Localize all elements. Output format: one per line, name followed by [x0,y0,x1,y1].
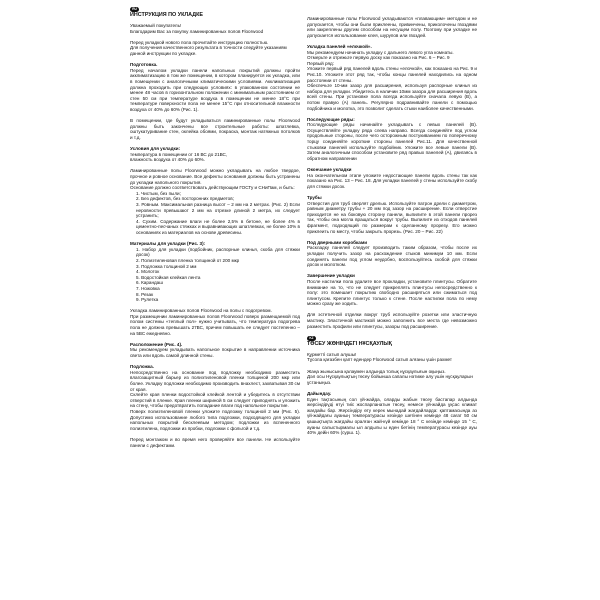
list-item: 1. Набор для укладки (подбойник, распорн… [130,247,300,258]
base-requirements-list: 1. Чистым, без пыли; 2. Без дефектов, бе… [130,191,300,236]
underlay-text-3: Поверх полиэтиленовой пленки уложите под… [130,409,300,431]
underlay-text: Непосредственно на основание под подложк… [130,370,300,392]
kz-title: ТӨСЕУ ЖӨНІНДЕГІ НҰСҚАУЛЫҚ [307,341,477,348]
thanks-text: Благодарим Вас за покупку ламинированных… [130,29,300,35]
pipes-text: Отверстия для труб сверлят дрелью. Испол… [307,201,477,235]
floating-method-text: Ламинированные полы Floorwood укладывают… [307,16,477,38]
preparation-text-2: В помещении, где будут укладываться лами… [130,118,300,140]
base-text: Ламинированные полы Floorwood можно укла… [130,168,300,185]
conditions-humidity: влажность воздуха от 40% до 60%. [130,157,300,163]
preparation-text: Перед началом укладки панели напольных п… [130,68,300,113]
kz-preparation-text: Еден тақтасының сол үй-жайда, оларды жаб… [307,397,477,436]
list-item: 4. Сухим. Содержание влаги не более 2,5%… [130,219,300,236]
russian-column: RU ИНСТРУКЦИЯ ПО УКЛАДКЕ Уважаемый покуп… [130,6,300,454]
placement-text: Мы рекомендуем укладывать напольное покр… [130,347,300,358]
list-item: 3. Ровным. Максимальная разница высот – … [130,202,300,219]
russian-continued-column: Ламинированные полы Floorwood укладывают… [307,16,477,441]
intro-text-2: Для получения качественного результата в… [130,45,300,56]
door-frames-text: Раскладку панелей следует производить та… [307,245,477,267]
page-title: ИНСТРУКЦИЯ ПО УКЛАДКЕ [130,12,300,19]
heated-floor-text-2: При размещении ламинированных полов Floo… [130,314,300,336]
kz-thanks-text: Тұсола қағазбен қапт едендер Floorwood с… [307,357,477,363]
first-row-text-2: Обеспечьте 10-мм зазор для расширения, и… [307,83,477,111]
base-text-2: Основание должно соответствовать действу… [130,185,300,191]
check-panels-text: Перед монтажом и во время него проверяйт… [130,437,300,448]
aesthetic-text: Для эстетичной отделки вокруг труб испол… [307,312,477,329]
list-item: 9. Рулетка [130,297,300,303]
kz-intro-text-2: Дәл осы Нұсқаулықтың төсеу бойынша сапал… [307,374,477,385]
first-row-text: Уложите первый ряд панелей вдоль стены «… [307,66,477,83]
materials-list: 1. Набор для укладки (подбойник, распорн… [130,247,300,303]
next-rows-text: Последующие ряды начинайте укладывать с … [307,122,477,161]
completion-text: После настилки пола удалите все прокладк… [307,279,477,307]
finish-text: На окончательном этапе уложите недостающ… [307,173,477,190]
underlay-text-2: Склейте края пленки водостойкой клейкой … [130,392,300,409]
